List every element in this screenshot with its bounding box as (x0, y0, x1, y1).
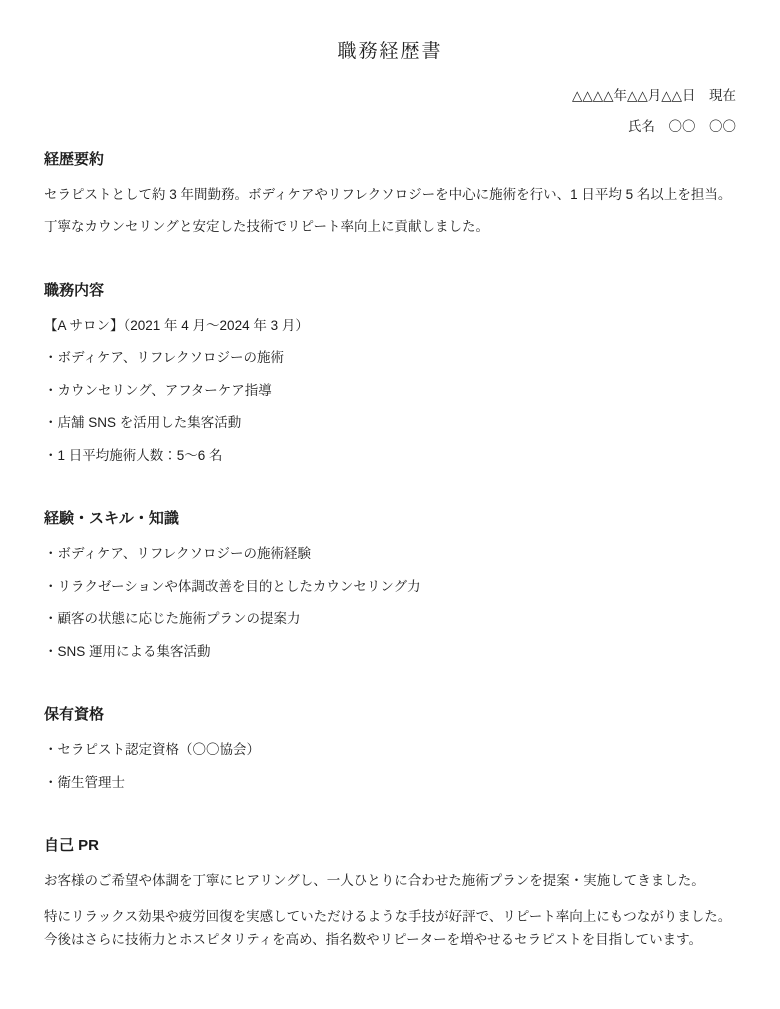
self-pr-paragraph: お客様のご希望や体調を丁寧にヒアリングし、一人ひとりに合わせた施術プランを提案・… (44, 872, 736, 890)
section-qualifications: 保有資格 ・セラピスト認定資格（〇〇協会） ・衛生管理士 (44, 706, 736, 791)
section-job-description: 職務内容 【A サロン】（2021 年 4 月～2024 年 3 月） ・ボディ… (44, 282, 736, 464)
section-heading-skills: 経験・スキル・知識 (44, 510, 736, 529)
job-bullet: ・1 日平均施術人数：5～6 名 (44, 447, 736, 465)
skill-bullet: ・顧客の状態に応じた施術プランの提案力 (44, 610, 736, 628)
section-self-pr: 自己 PR お客様のご希望や体調を丁寧にヒアリングし、一人ひとりに合わせた施術プ… (44, 837, 736, 952)
skill-bullet: ・SNS 運用による集客活動 (44, 643, 736, 661)
career-summary-paragraph: セラピストとして約 3 年間勤務。ボディケアやリフレクソロジーを中心に施術を行い… (44, 186, 736, 204)
skill-bullet: ・リラクゼーションや体調改善を目的としたカウンセリング力 (44, 578, 736, 596)
name-line: 氏名 〇〇 〇〇 (44, 118, 736, 136)
career-summary-paragraph: 丁寧なカウンセリングと安定した技術でリピート率向上に貢献しました。 (44, 218, 736, 236)
section-heading-qualifications: 保有資格 (44, 706, 736, 725)
document-page: 職務経歴書 △△△△年△△月△△日 現在 氏名 〇〇 〇〇 経歴要約 セラピスト… (0, 0, 780, 1009)
section-skills: 経験・スキル・知識 ・ボディケア、リフレクソロジーの施術経験 ・リラクゼーション… (44, 510, 736, 660)
date-line: △△△△年△△月△△日 現在 (44, 87, 736, 105)
job-bullet: ・ボディケア、リフレクソロジーの施術 (44, 349, 736, 367)
section-heading-career-summary: 経歴要約 (44, 151, 736, 170)
job-bullet: ・店舗 SNS を活用した集客活動 (44, 414, 736, 432)
skill-bullet: ・ボディケア、リフレクソロジーの施術経験 (44, 545, 736, 563)
section-heading-self-pr: 自己 PR (44, 837, 736, 856)
self-pr-paragraph: 特にリラックス効果や疲労回復を実感していただけるような手技が好評で、リピート率向… (44, 905, 736, 952)
section-heading-job-description: 職務内容 (44, 282, 736, 301)
job-bullet: ・カウンセリング、アフターケア指導 (44, 382, 736, 400)
qualification-bullet: ・セラピスト認定資格（〇〇協会） (44, 741, 736, 759)
document-title: 職務経歴書 (44, 36, 736, 63)
qualification-bullet: ・衛生管理士 (44, 774, 736, 792)
section-career-summary: 経歴要約 セラピストとして約 3 年間勤務。ボディケアやリフレクソロジーを中心に… (44, 151, 736, 236)
employer-period-line: 【A サロン】（2021 年 4 月～2024 年 3 月） (44, 317, 736, 335)
